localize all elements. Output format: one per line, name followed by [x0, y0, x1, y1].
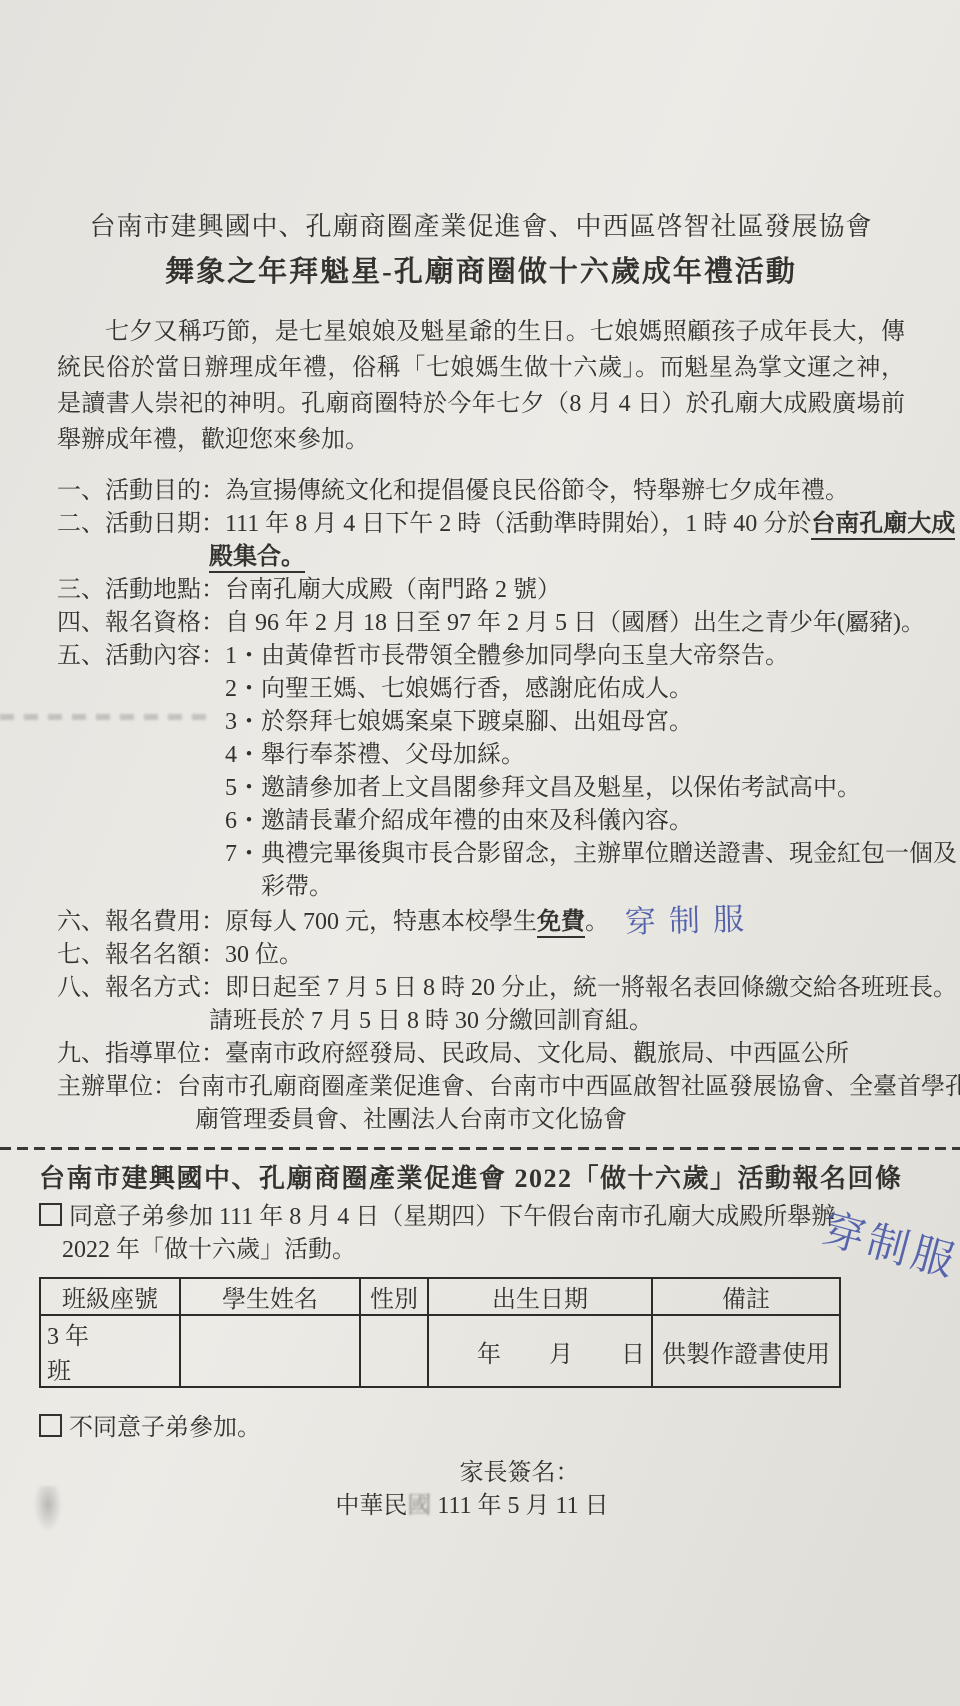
cell-class-seat: 3 年 班 — [40, 1315, 180, 1387]
item-2-continuation: 殿集合。 — [57, 541, 905, 574]
item-5-sub-3: 3・於祭拜七娘媽案桌下踱桌腳、出姐母宮。 — [57, 706, 905, 739]
header-student-name: 學生姓名 — [180, 1278, 360, 1315]
item-5-sub-7-continuation: 彩帶。 — [57, 871, 905, 904]
item-5-sub-5: 5・邀請參加者上文昌閣參拜文昌及魁星，以保佑考試高中。 — [57, 772, 905, 805]
header-class-seat: 班級座號 — [40, 1278, 180, 1315]
item-5-sub-4: 4・舉行奉茶禮、父母加綵。 — [57, 739, 905, 772]
item-6-pre: 原每人 700 元，特惠本校學生 — [225, 909, 537, 935]
item-8-label: 八、報名方式： — [57, 975, 225, 1001]
reply-slip-section: 台南市建興國中、孔廟商圈產業促進會 2022「做十六歲」活動報名回條 同意子弟參… — [39, 1162, 905, 1523]
item-3-text: 台南孔廟大成殿（南門路 2 號） — [225, 577, 561, 603]
republic-era-date-line: 中華民國 111 年 5 月 11 日 — [39, 1490, 905, 1523]
item-9-label: 九、指導單位： — [57, 1041, 225, 1067]
item-6-label: 六、報名費用： — [57, 909, 225, 935]
header-gender: 性別 — [360, 1278, 428, 1315]
item-8-continuation: 請班長於 7 月 5 日 8 時 30 分繳回訓育組。 — [57, 1005, 905, 1038]
item-9-text: 臺南市政府經發局、民政局、文化局、觀旅局、中西區公所 — [225, 1041, 849, 1067]
organizers-line: 主辦單位：台南市孔廟商圈產業促進會、台南市中西區啟智社區發展協會、全臺首學孔 — [57, 1071, 905, 1104]
document-title-organizations: 台南市建興國中、孔廟商圈產業促進會、中西區啓智社區發展協會 — [57, 210, 905, 244]
smudged-character: 國 — [407, 1493, 431, 1519]
disagree-option-line: 不同意子弟參加。 — [39, 1412, 905, 1445]
item-8-text: 即日起至 7 月 5 日 8 時 20 分止，統一將報名表回條繳交給各班班長。 — [225, 975, 957, 1001]
item-5-sub-6: 6・邀請長輩介紹成年禮的由來及科儀內容。 — [57, 805, 905, 838]
organizers-text: 台南市孔廟商圈產業促進會、台南市中西區啟智社區發展協會、全臺首學孔 — [177, 1074, 960, 1100]
table-header-row: 班級座號 學生姓名 性別 出生日期 備註 — [40, 1278, 840, 1315]
dashed-cut-line — [0, 1147, 960, 1150]
parent-signature-label: 家長簽名： — [39, 1457, 905, 1490]
item-1-label: 一、活動目的： — [57, 478, 225, 504]
item-7-label: 七、報名名額： — [57, 942, 225, 968]
cell-gender — [360, 1315, 428, 1387]
cell-birth-date: 年 月 日 — [428, 1315, 652, 1387]
item-6-free-emphasis: 免費 — [537, 909, 585, 938]
item-9-advisors: 九、指導單位：臺南市政府經發局、民政局、文化局、觀旅局、中西區公所 — [57, 1038, 905, 1071]
agree-option-line: 同意子弟參加 111 年 8 月 4 日（星期四）下午假台南市孔廟大成殿所舉辦 — [39, 1201, 905, 1234]
header-birth-date: 出生日期 — [428, 1278, 652, 1315]
item-7-quota: 七、報名名額：30 位。 — [57, 939, 905, 972]
item-2-label: 二、活動日期： — [57, 511, 225, 537]
numbered-items-list: 一、活動目的：為宣揚傳統文化和提倡優良民俗節令，特舉辦七夕成年禮。 二、活動日期… — [57, 475, 905, 1137]
date-prefix: 中華民 — [335, 1493, 407, 1519]
item-2-underlined-location: 台南孔廟大成 — [811, 511, 955, 540]
item-2-text: 111 年 8 月 4 日下午 2 時（活動準時開始），1 時 40 分於 — [225, 511, 811, 537]
item-4-eligibility: 四、報名資格：自 96 年 2 月 18 日至 97 年 2 月 5 日（國曆）… — [57, 607, 905, 640]
item-5-sub-2: 2・向聖王媽、七娘媽行香，感謝庇佑成人。 — [57, 673, 905, 706]
table-fill-in-row: 3 年 班 年 月 日 供製作證書使用 — [40, 1315, 840, 1387]
agree-checkbox — [39, 1203, 62, 1226]
intro-paragraph: 七夕又稱巧節，是七星娘娘及魁星爺的生日。七娘媽照顧孩子成年長大，傳統民俗於當日辦… — [57, 314, 905, 458]
handwritten-note-uniform-1: 穿制服 — [625, 902, 758, 938]
wooden-desk-surface: 台南市建興國中、孔廟商圈產業促進會、中西區啓智社區發展協會 舞象之年拜魁星-孔廟… — [0, 0, 960, 1706]
item-1-purpose: 一、活動目的：為宣揚傳統文化和提倡優良民俗節令，特舉辦七夕成年禮。 — [57, 475, 905, 508]
paper-document: 台南市建興國中、孔廟商圈產業促進會、中西區啓智社區發展協會 舞象之年拜魁星-孔廟… — [0, 0, 960, 1706]
reply-slip-table: 班級座號 學生姓名 性別 出生日期 備註 3 年 班 年 月 日 供製作證書使用 — [39, 1277, 841, 1388]
item-8-registration: 八、報名方式：即日起至 7 月 5 日 8 時 20 分止，統一將報名表回條繳交… — [57, 972, 905, 1005]
item-4-text: 自 96 年 2 月 18 日至 97 年 2 月 5 日（國曆）出生之青少年(… — [225, 610, 925, 636]
item-5-sub-1: 1・由黃偉哲市長帶領全體參加同學向玉皇大帝祭告。 — [225, 643, 789, 669]
item-6-post: 。 — [585, 909, 609, 935]
item-6-fee: 六、報名費用：原每人 700 元，特惠本校學生免費。穿制服 — [57, 904, 905, 939]
item-5-label: 五、活動內容： — [57, 643, 225, 669]
organizers-continuation: 廟管理委員會、社團法人台南市文化協會 — [57, 1104, 905, 1137]
agree-text-line2: 2022 年「做十六歲」活動。 — [39, 1234, 905, 1267]
cell-student-name — [180, 1315, 360, 1387]
item-7-text: 30 位。 — [225, 942, 303, 968]
header-remarks: 備註 — [652, 1278, 840, 1315]
document-body: 台南市建興國中、孔廟商圈產業促進會、中西區啓智社區發展協會 舞象之年拜魁星-孔廟… — [0, 0, 960, 1523]
disagree-checkbox — [39, 1414, 62, 1437]
item-5-activities: 五、活動內容：1・由黃偉哲市長帶領全體參加同學向玉皇大帝祭告。 — [57, 640, 905, 673]
cell-remarks: 供製作證書使用 — [652, 1315, 840, 1387]
date-suffix: 111 年 5 月 11 日 — [431, 1493, 608, 1519]
item-2-underlined-gather: 殿集合。 — [209, 544, 305, 573]
item-4-label: 四、報名資格： — [57, 610, 225, 636]
item-3-venue: 三、活動地點：台南孔廟大成殿（南門路 2 號） — [57, 574, 905, 607]
document-title-event: 舞象之年拜魁星-孔廟商圈做十六歲成年禮活動 — [57, 252, 905, 292]
item-3-label: 三、活動地點： — [57, 577, 225, 603]
organizers-label: 主辦單位： — [57, 1074, 177, 1100]
agree-text-line1: 同意子弟參加 111 年 8 月 4 日（星期四）下午假台南市孔廟大成殿所舉辦 — [69, 1204, 835, 1230]
item-2-date: 二、活動日期：111 年 8 月 4 日下午 2 時（活動準時開始），1 時 4… — [57, 508, 905, 541]
item-5-sub-7: 7・典禮完畢後與市長合影留念，主辦單位贈送證書、現金紅包一個及 — [57, 838, 905, 871]
disagree-text: 不同意子弟參加。 — [69, 1415, 261, 1441]
reply-slip-title: 台南市建興國中、孔廟商圈產業促進會 2022「做十六歲」活動報名回條 — [39, 1162, 905, 1196]
item-1-text: 為宣揚傳統文化和提倡優良民俗節令，特舉辦七夕成年禮。 — [225, 478, 849, 504]
